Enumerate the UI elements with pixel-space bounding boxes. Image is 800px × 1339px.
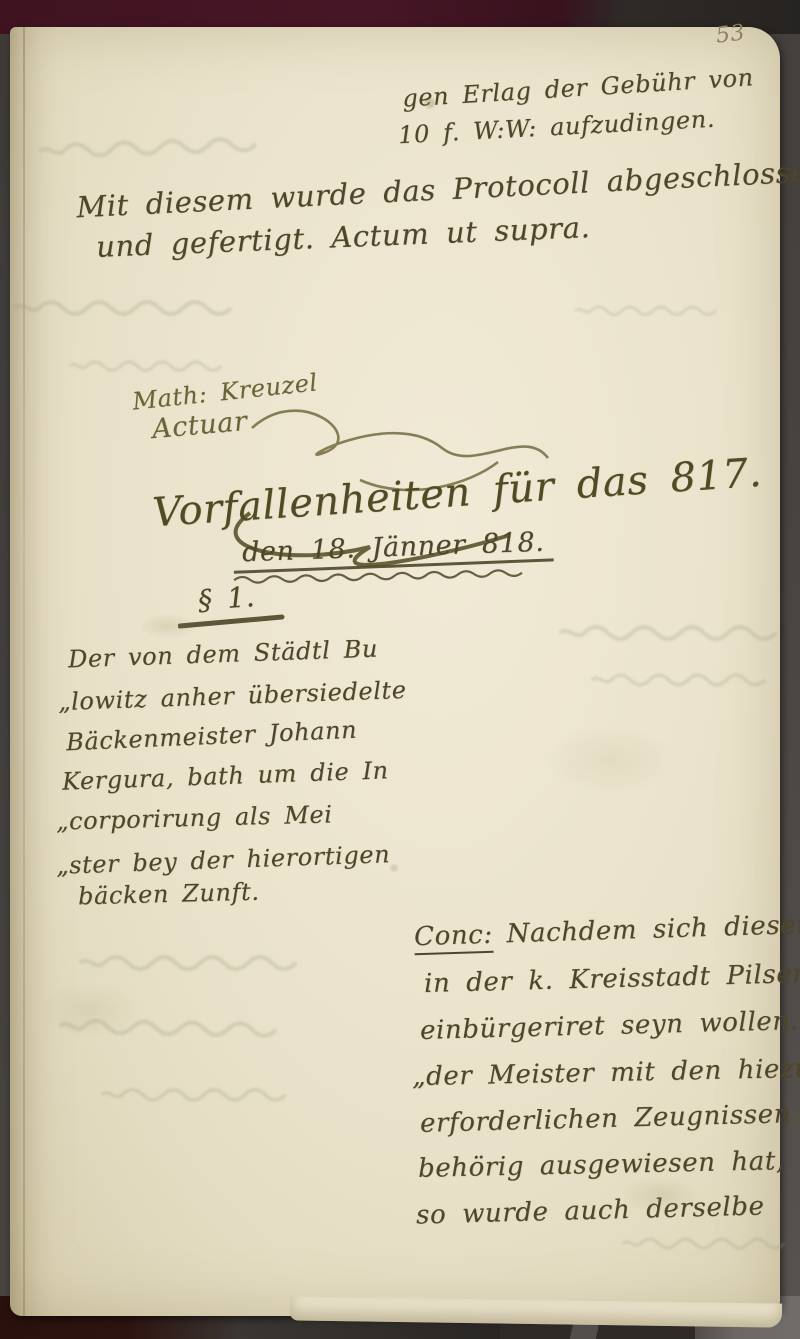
folio-number: 53 — [715, 20, 747, 48]
margin-entry-line-7: bäcken Zunft. — [78, 878, 260, 911]
page-gutter-shadow — [10, 27, 56, 1316]
manuscript-scan: 53 gen Erlag der Gebühr von 10 f. W:W: a… — [0, 0, 800, 1339]
resolution-lead: Conc: — [414, 920, 494, 955]
fold-line — [23, 27, 25, 1316]
section-mark: § 1. — [197, 580, 256, 617]
